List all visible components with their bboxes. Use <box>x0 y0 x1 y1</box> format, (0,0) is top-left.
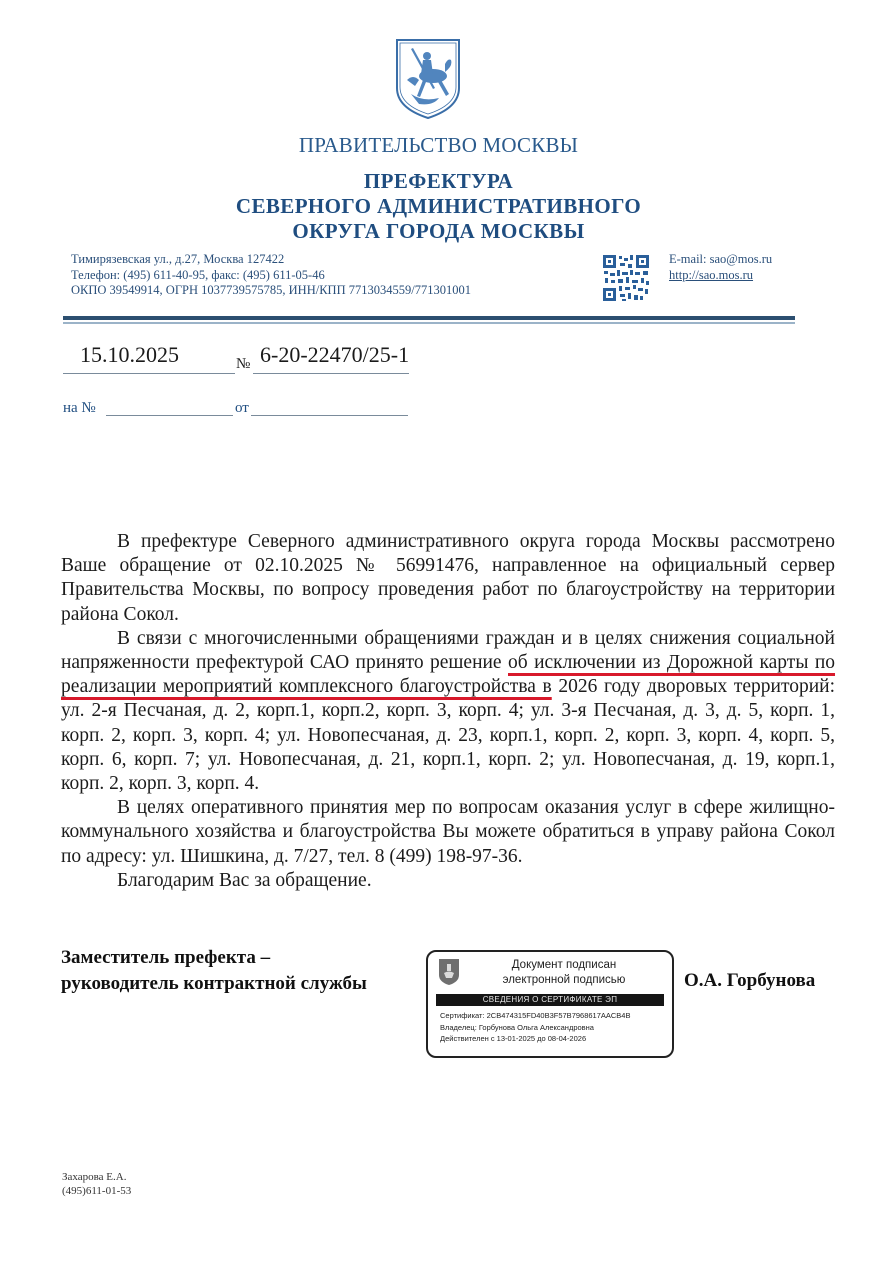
executor-name: Захарова Е.А. <box>62 1170 131 1184</box>
document-number: 6-20-22470/25-1 <box>260 342 409 368</box>
phone-line: Телефон: (495) 611-40-95, факс: (495) 61… <box>71 268 471 284</box>
executor-phone: (495)611-01-53 <box>62 1184 131 1198</box>
address-line: Тимирязевская ул., д.27, Москва 127422 <box>71 252 471 268</box>
signer-position: Заместитель префекта – руководитель конт… <box>61 945 367 997</box>
paragraph-4: Благодарим Вас за обращение. <box>61 869 835 893</box>
date-underline <box>63 373 235 374</box>
web-contacts: E-mail: sao@mos.ru http://sao.mos.ru <box>669 252 772 283</box>
number-sign: № <box>236 356 250 373</box>
reply-to-underline <box>106 415 233 416</box>
signer-position-line2: руководитель контрактной службы <box>61 971 367 997</box>
certificate-serial: Сертификат: 2CB474315FD40B3F57B7968617AA… <box>440 1010 631 1022</box>
stamp-title-line1: Документ подписан <box>464 958 664 973</box>
certificate-validity: Действителен с 13-01-2025 до 08-04-2026 <box>440 1033 631 1045</box>
signer-position-line1: Заместитель префекта – <box>61 945 367 971</box>
letter-body: В префектуре Северного административного… <box>61 530 835 893</box>
certificate-owner: Владелец: Горбунова Ольга Александровна <box>440 1022 631 1034</box>
moscow-coat-of-arms-icon <box>393 36 463 120</box>
paragraph-2: В связи с многочисленными обращениями гр… <box>61 627 835 796</box>
government-title: ПРАВИТЕЛЬСТВО МОСКВЫ <box>0 133 877 158</box>
website-link[interactable]: http://sao.mos.ru <box>669 268 772 284</box>
header-divider-light <box>63 322 795 324</box>
stamp-emblem-icon <box>438 958 460 986</box>
executor-info: Захарова Е.А. (495)611-01-53 <box>62 1170 131 1198</box>
contact-block: Тимирязевская ул., д.27, Москва 127422 Т… <box>71 252 471 299</box>
signer-name: О.А. Горбунова <box>684 970 815 992</box>
certificate-info-bar: СВЕДЕНИЯ О СЕРТИФИКАТЕ ЭП <box>436 994 664 1006</box>
document-date: 15.10.2025 <box>80 342 179 368</box>
email-text: E-mail: sao@mos.ru <box>669 252 772 268</box>
paragraph-1: В префектуре Северного административного… <box>61 530 835 627</box>
prefecture-title-line2: СЕВЕРНОГО АДМИНИСТРАТИВНОГО <box>0 194 877 219</box>
certificate-details: Сертификат: 2CB474315FD40B3F57B7968617AA… <box>440 1010 631 1045</box>
paragraph-3: В целях оперативного принятия мер по воп… <box>61 796 835 869</box>
registry-codes-line: ОКПО 39549914, ОГРН 1037739575785, ИНН/К… <box>71 283 471 299</box>
header-divider-dark <box>63 316 795 320</box>
qr-code-icon <box>602 254 650 302</box>
stamp-title-line2: электронной подписью <box>464 973 664 988</box>
prefecture-title-line1: ПРЕФЕКТУРА <box>0 169 877 194</box>
from-label: от <box>235 400 249 417</box>
from-underline <box>251 415 408 416</box>
number-underline <box>253 373 409 374</box>
electronic-signature-stamp: Документ подписан электронной подписью С… <box>426 950 674 1058</box>
reply-to-label: на № <box>63 400 96 417</box>
stamp-title: Документ подписан электронной подписью <box>464 958 664 988</box>
prefecture-title-line3: ОКРУГА ГОРОДА МОСКВЫ <box>0 219 877 244</box>
